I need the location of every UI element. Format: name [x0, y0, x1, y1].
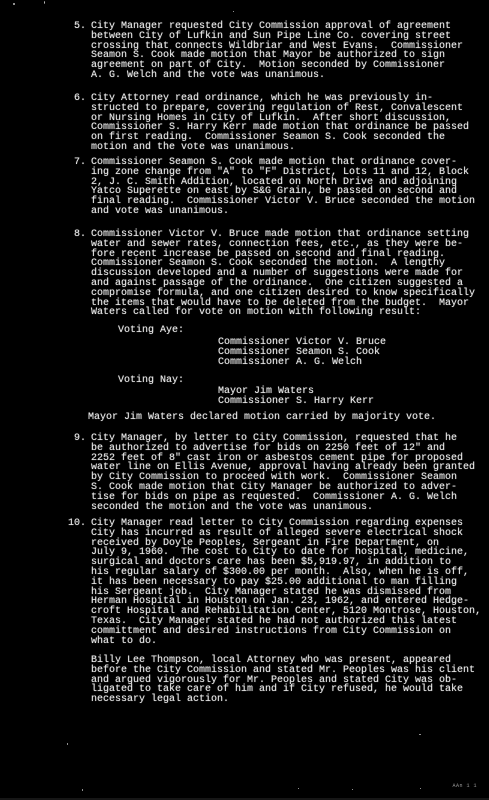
voting-nay-label: Voting Nay: [118, 376, 184, 386]
item-text: City Attorney read ordinance, which he w… [91, 94, 489, 153]
voting-aye-label: Voting Aye: [118, 326, 184, 336]
item-text: Commissioner Victor V. Bruce made motion… [91, 230, 489, 318]
corner-mark: AAn 1 1 [452, 784, 477, 789]
noise-speck [419, 734, 421, 735]
item-text: City Manager, by letter to City Commissi… [91, 434, 489, 512]
item-number: 5. [60, 22, 86, 32]
item-number: 10. [60, 519, 86, 529]
item-text: City Manager read letter to City Commiss… [91, 519, 489, 646]
voting-result: Mayor Jim Waters declared motion carried… [88, 413, 436, 423]
voting-aye-names: Commissioner Victor V. Bruce Commissione… [218, 338, 386, 367]
item-number: 8. [60, 230, 86, 240]
minutes-page: 5. City Manager requested City Commissio… [0, 0, 489, 800]
closing-paragraph: Billy Lee Thompson, local Attorney who w… [91, 656, 489, 705]
noise-speck [82, 789, 83, 791]
item-text: City Manager requested City Commission a… [91, 22, 489, 81]
item-number: 9. [60, 434, 86, 444]
noise-speck [233, 11, 234, 12]
item-text: Commissioner Seamon S. Cook made motion … [91, 158, 489, 217]
item-number: 7. [60, 158, 86, 168]
noise-speck [298, 788, 299, 789]
noise-speck [67, 743, 68, 745]
noise-speck [44, 1, 45, 4]
noise-speck [352, 789, 353, 790]
item-number: 6. [60, 94, 86, 104]
noise-speck [13, 3, 15, 5]
noise-speck [420, 788, 421, 789]
voting-nay-names: Mayor Jim Waters Commissioner S. Harry K… [218, 387, 374, 407]
